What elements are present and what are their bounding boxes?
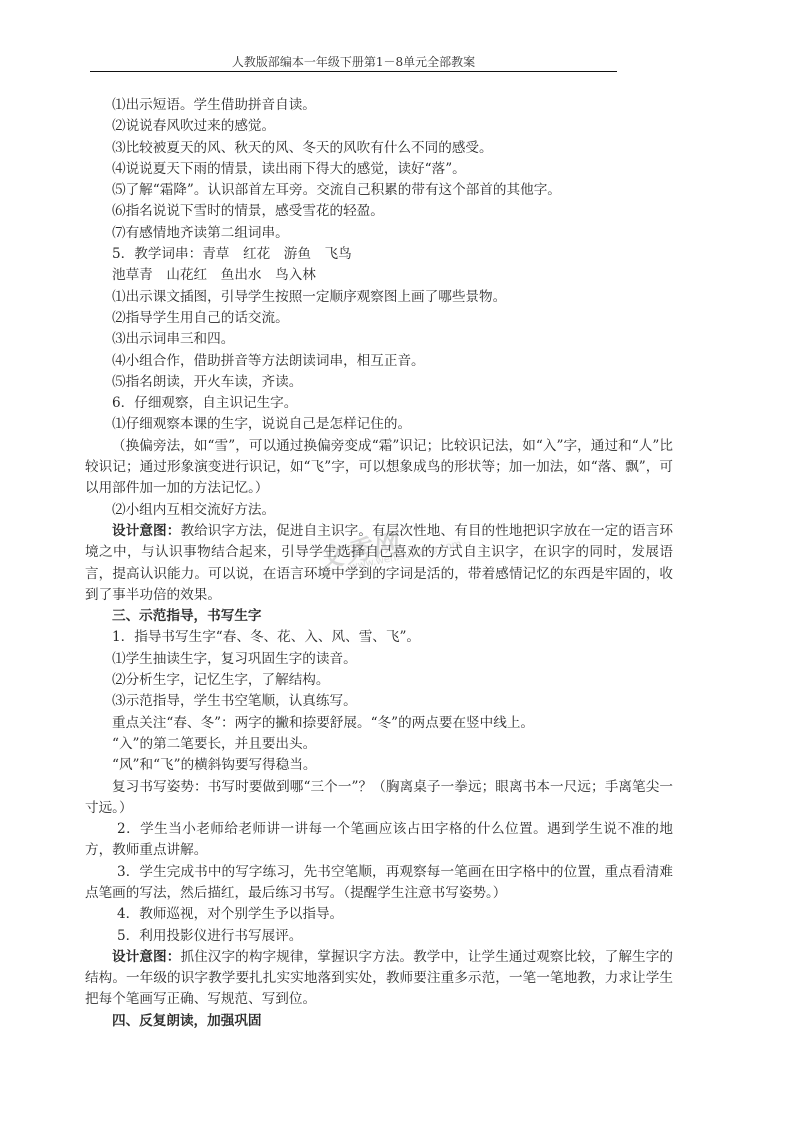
design-intent-label: 设计意图：	[112, 523, 180, 539]
design-intent-label: 设计意图：	[112, 949, 180, 965]
step-line: ⑴出示课文插图，引导学生按照一定顺序观察图上画了哪些景物。	[85, 287, 673, 308]
document-body: ⑴出示短语。学生借助拼音自读。 ⑵说说春风吹过来的感觉。 ⑶比较被夏天的风、秋天…	[85, 95, 673, 1032]
step-line: 5．利用投影仪进行书写展评。	[85, 926, 673, 947]
step-line: ⑶比较被夏天的风、秋天的风、冬天的风吹有什么不同的感受。	[85, 138, 673, 159]
methods-paragraph: （换偏旁法，如“雪”，可以通过换偏旁变成“霜”识记；比较识记法，如“入”字，通过…	[85, 436, 673, 500]
design-intent-paragraph-2: 设计意图：抓住汉字的构字规律，掌握识字方法。教学中，让学生通过观察比较，了解生字…	[85, 947, 673, 1011]
step-line: ⑴学生抽读生字，复习巩固生字的读音。	[85, 649, 673, 670]
step-line: ⑵分析生字，记忆生字，了解结构。	[85, 670, 673, 691]
step-line: 6．仔细观察，自主识记生字。	[85, 393, 673, 414]
page-header: 人教版部编本一年级下册第1－8单元全部教案	[90, 54, 617, 72]
step-line: “入”的第二笔要长，并且要出头。	[85, 734, 673, 755]
step-line: ⑺有感情地齐读第二组词串。	[85, 223, 673, 244]
step-line: ⑴仔细观察本课的生字，说说自己是怎样记住的。	[85, 414, 673, 435]
step-paragraph-3: 3．学生完成书中的写字练习，先书空笔顺，再观察每一笔画在田字格中的位置，重点看清…	[85, 862, 673, 905]
step-line: ⑶出示词串三和四。	[85, 329, 673, 350]
step-line: 5．教学词串：青草 红花 游鱼 飞鸟	[85, 244, 673, 265]
posture-paragraph: 复习书写姿势：书写时要做到哪“三个一”？（胸离桌子一拳远；眼离书本一尺远；手离笔…	[85, 777, 673, 820]
design-intent-paragraph-1: 设计意图：教给识字方法，促进自主识字。有层次性地、有目的性地把识字放在一定的语言…	[85, 521, 673, 606]
step-line: ⑴出示短语。学生借助拼音自读。	[85, 95, 673, 116]
step-line: ⑷小组合作，借助拼音等方法朗读词串，相互正音。	[85, 351, 673, 372]
header-title: 人教版部编本一年级下册第1－8单元全部教案	[232, 55, 475, 69]
step-line: 4．教师巡视，对个别学生予以指导。	[85, 904, 673, 925]
step-line: “风”和“飞”的横斜钩要写得稳当。	[85, 755, 673, 776]
step-line: ⑵小组内互相交流好方法。	[85, 500, 673, 521]
step-line: ⑹指名说说下雪时的情景，感受雪花的轻盈。	[85, 201, 673, 222]
step-line: 1．指导书写生字“春、冬、花、入、风、雪、飞”。	[85, 627, 673, 648]
step-line: ⑸了解“霜降”。认识部首左耳旁。交流自己积累的带有这个部首的其他字。	[85, 180, 673, 201]
step-line: ⑵指导学生用自己的话交流。	[85, 308, 673, 329]
section-heading-4: 四、反复朗读，加强巩固	[85, 1011, 673, 1032]
step-line: ⑸指名朗读，开火车读，齐读。	[85, 372, 673, 393]
step-line: ⑶示范指导，学生书空笔顺，认真练写。	[85, 691, 673, 712]
step-line: 重点关注“春、冬”：两字的撇和捺要舒展。“冬”的两点要在竖中线上。	[85, 713, 673, 734]
step-line: ⑵说说春风吹过来的感觉。	[85, 116, 673, 137]
word-string-line: 池草青 山花红 鱼出水 鸟入林	[85, 265, 673, 286]
step-line: ⑷说说夏天下雨的情景，读出雨下得大的感觉，读好“落”。	[85, 159, 673, 180]
section-heading-3: 三、示范指导，书写生字	[85, 606, 673, 627]
step-paragraph-2: 2．学生当小老师给老师讲一讲每一个笔画应该占田字格的什么位置。遇到学生说不准的地…	[85, 819, 673, 862]
